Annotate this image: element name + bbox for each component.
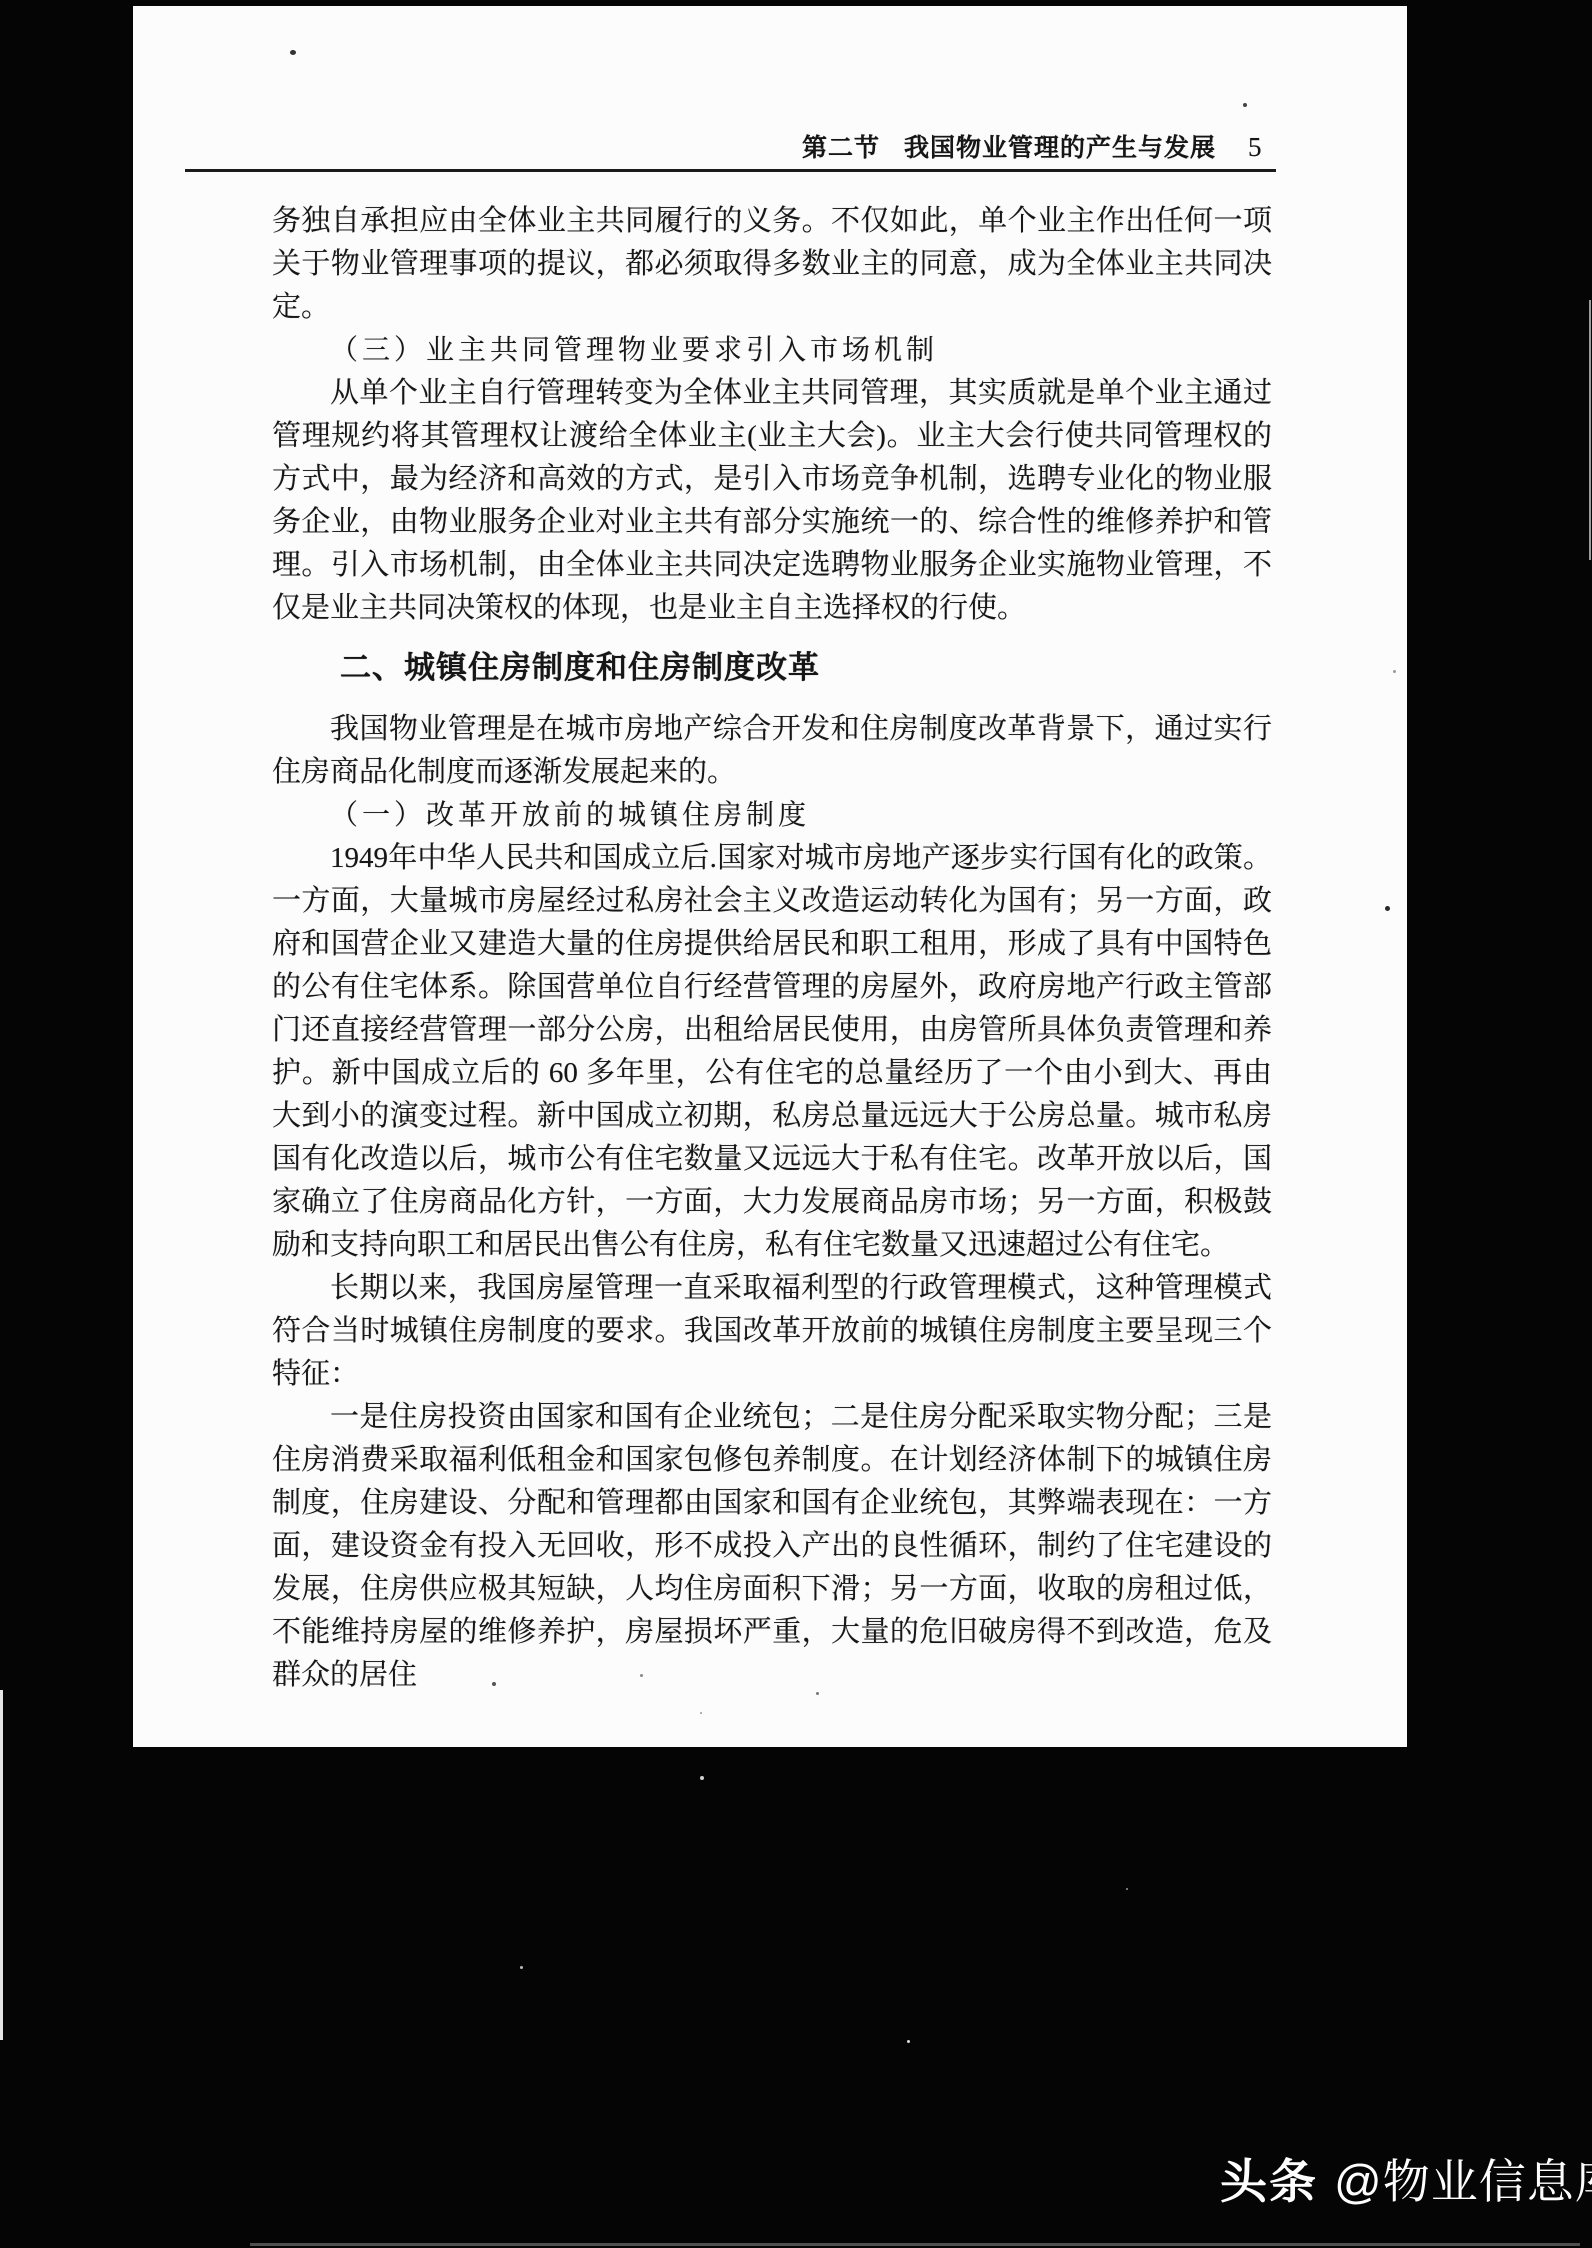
running-head: 第二节 我国物业管理的产生与发展 5 bbox=[802, 128, 1262, 164]
scan-speck bbox=[1385, 906, 1390, 911]
scan-edge-artifact bbox=[0, 1690, 3, 2040]
body-text-column: 务独自承担应由全体业主共同履行的义务。不仅如此，单个业主作出任何一项关于物业管理… bbox=[272, 200, 1272, 1697]
paragraph: 1949年中华人民共和国成立后.国家对城市房地产逐步实行国有化的政策。一方面，大… bbox=[272, 837, 1272, 1267]
paragraph: 一是住房投资由国家和国有企业统包；二是住房分配采取实物分配；三是住房消费采取福利… bbox=[272, 1396, 1272, 1697]
watermark-brand: 头条 bbox=[1220, 2156, 1318, 2208]
subheading-3: （三）业主共同管理物业要求引入市场机制 bbox=[272, 329, 1272, 372]
scan-speck bbox=[492, 1682, 496, 1686]
scan-edge-artifact bbox=[1589, 300, 1591, 560]
watermark-handle: @物业信息库 bbox=[1334, 2156, 1592, 2208]
scanned-book-photo: 第二节 我国物业管理的产生与发展 5 务独自承担应由全体业主共同履行的义务。不仅… bbox=[0, 0, 1592, 2248]
header-rule bbox=[185, 169, 1276, 172]
scan-speck bbox=[700, 1776, 704, 1780]
subheading-1: （一）改革开放前的城镇住房制度 bbox=[272, 794, 1272, 837]
paragraph: 长期以来，我国房屋管理一直采取福利型的行政管理模式，这种管理模式符合当时城镇住房… bbox=[272, 1267, 1272, 1396]
paragraph: 务独自承担应由全体业主共同履行的义务。不仅如此，单个业主作出任何一项关于物业管理… bbox=[272, 200, 1272, 329]
scan-speck bbox=[437, 1628, 440, 1631]
paragraph: 从单个业主自行管理转变为全体业主共同管理，其实质就是单个业主通过管理规约将其管理… bbox=[272, 372, 1272, 630]
running-head-title: 我国物业管理的产生与发展 bbox=[904, 128, 1216, 164]
page-number: 5 bbox=[1248, 132, 1262, 163]
scan-speck bbox=[290, 50, 296, 55]
scan-speck bbox=[907, 2040, 910, 2043]
scan-speck bbox=[1393, 670, 1396, 673]
scan-speck bbox=[1126, 1888, 1128, 1890]
toutiao-watermark: 头条 @物业信息库 bbox=[1220, 2156, 1592, 2208]
section-heading: 二、城镇住房制度和住房制度改革 bbox=[272, 648, 1272, 688]
book-page: 第二节 我国物业管理的产生与发展 5 务独自承担应由全体业主共同履行的义务。不仅… bbox=[133, 6, 1407, 1747]
scan-speck bbox=[700, 1712, 702, 1714]
paragraph: 我国物业管理是在城市房地产综合开发和住房制度改革背景下，通过实行住房商品化制度而… bbox=[272, 708, 1272, 794]
scan-speck bbox=[1243, 103, 1247, 107]
scan-bottom-edge bbox=[250, 2243, 1580, 2246]
scan-speck bbox=[816, 1692, 819, 1695]
scan-speck bbox=[640, 1674, 643, 1677]
scan-speck bbox=[520, 1966, 523, 1969]
running-head-section: 第二节 bbox=[802, 128, 880, 164]
